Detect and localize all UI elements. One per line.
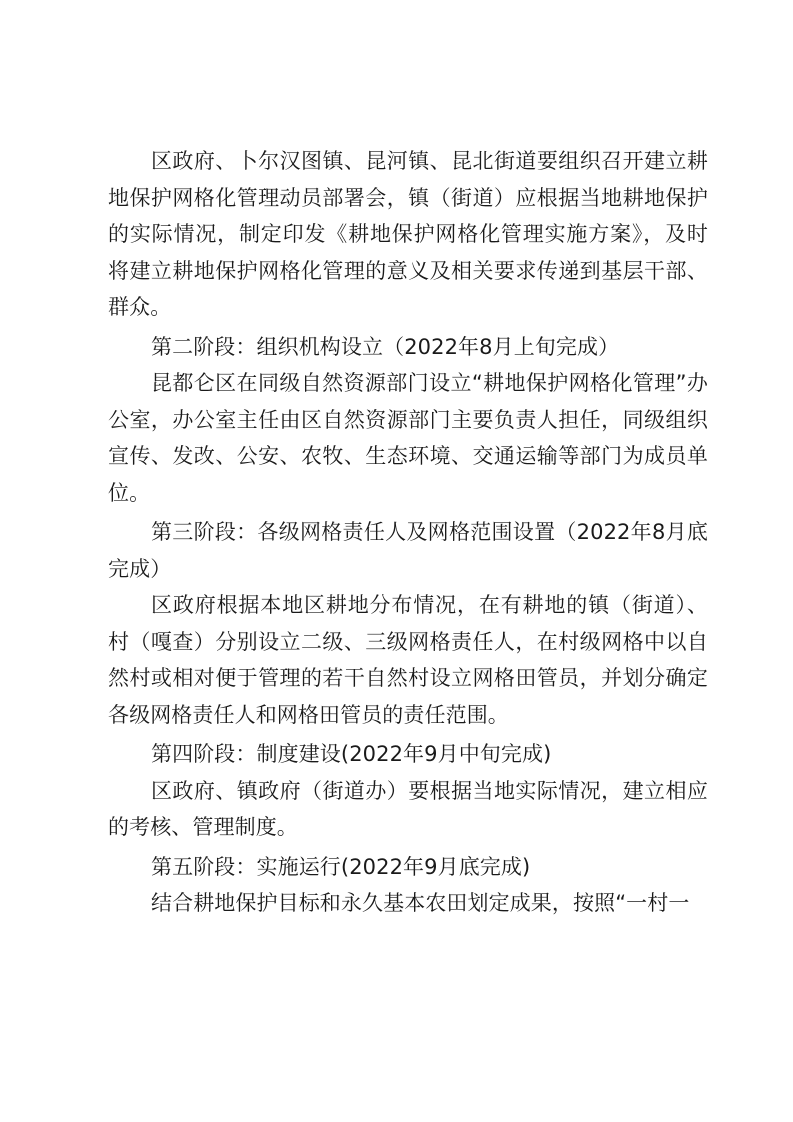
heading-stage-four: 第四阶段：制度建设(2022年9月中旬完成) — [108, 736, 708, 773]
paragraph-mobilization: 区政府、卜尔汉图镇、昆河镇、昆北街道要组织召开建立耕地保护网格化管理动员部署会，… — [108, 143, 708, 326]
paragraph-organization: 昆都仑区在同级自然资源部门设立“耕地保护网格化管理”办公室，办公室主任由区自然资… — [108, 365, 708, 511]
paragraph-implementation: 结合耕地保护目标和永久基本农田划定成果，按照“一村一 — [108, 885, 708, 922]
paragraph-system-building: 区政府、镇政府（街道办）要根据当地实际情况，建立相应的考核、管理制度。 — [108, 773, 708, 846]
heading-stage-three: 第三阶段：各级网格责任人及网格范围设置（2022年8月底完成） — [108, 514, 708, 587]
heading-stage-two: 第二阶段：组织机构设立（2022年8月上旬完成） — [108, 329, 708, 366]
paragraph-grid-responsibility: 区政府根据本地区耕地分布情况，在有耕地的镇（街道）、村（嘎查）分别设立二级、三级… — [108, 587, 708, 733]
document-page: 区政府、卜尔汉图镇、昆河镇、昆北街道要组织召开建立耕地保护网格化管理动员部署会，… — [108, 143, 708, 922]
heading-stage-five: 第五阶段：实施运行(2022年9月底完成) — [108, 849, 708, 886]
